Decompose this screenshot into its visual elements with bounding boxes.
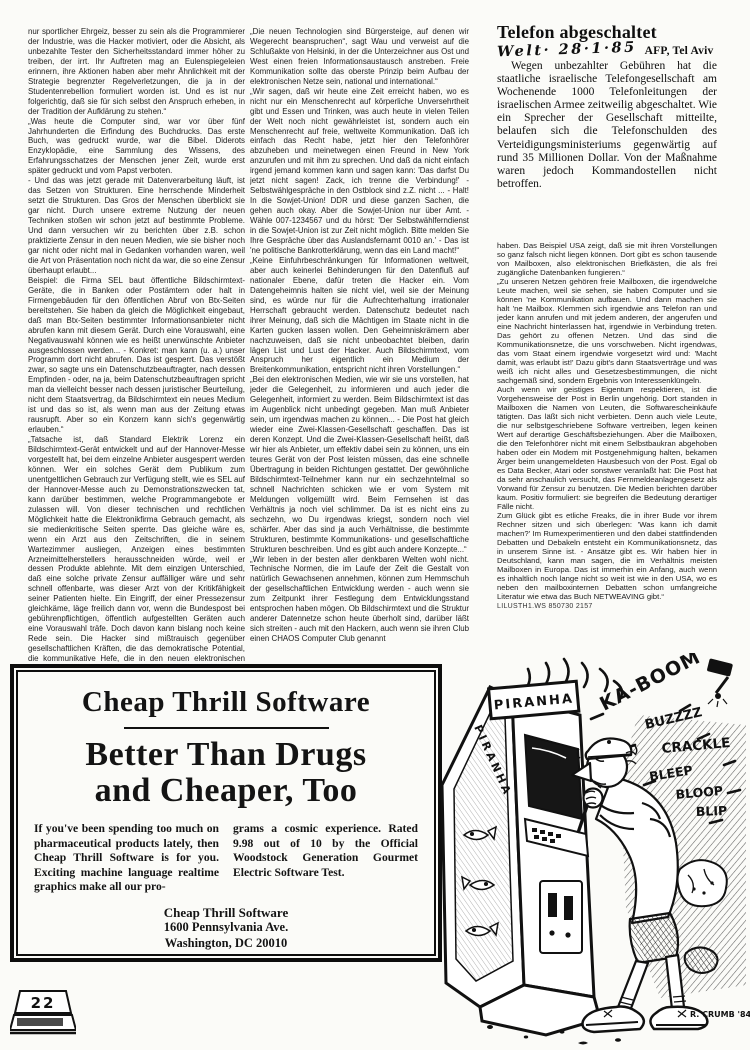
ad-address-phone: (202) 737-8855: [18, 951, 434, 956]
page-number-badge: 22: [10, 988, 76, 1046]
cabinet-marquee: PIRANHA: [489, 681, 579, 719]
article-column-2: „Die neuen Technologien sind Bürgersteig…: [250, 27, 469, 680]
ad-address: Cheap Thrill Software 1600 Pennsylvania …: [18, 905, 434, 956]
ad-headline-line1: Better Than Drugs: [85, 736, 366, 773]
paragraph: „Die neuen Technologien sind Bürgersteig…: [250, 27, 469, 87]
ad-address-city: Washington, DC 20010: [18, 936, 434, 952]
page-number: 22: [31, 994, 56, 1012]
ad-body: If you've been spending too much on phar…: [18, 822, 434, 895]
paragraph: „Was heute die Computer sind, war vor üb…: [28, 117, 245, 177]
ad-body-left: If you've been spending too much on phar…: [34, 822, 219, 895]
paragraph: „Bei den elektronischen Medien, wie wir …: [250, 375, 469, 554]
ad-body-right: grams a cosmic experience. Rated 9.98 ou…: [233, 822, 418, 895]
news-meta: Welt· 28·1·85 AFP, Tel Aviv: [497, 45, 717, 56]
arcade-cabinet: PIRANHA PIRANHA: [442, 681, 600, 1035]
ad-address-street: 1600 Pennsylvania Ave.: [18, 920, 434, 936]
paragraph: „Keine Einfuhrbeschränkungen für Informa…: [250, 256, 469, 375]
news-agency: AFP, Tel Aviv: [645, 47, 714, 56]
ad-address-name: Cheap Thrill Software: [18, 905, 434, 921]
paragraph: „Wir leben in der besten aller denkbaren…: [250, 555, 469, 645]
paragraph: „Wir sagen, daß wir heute eine Zeit erre…: [250, 87, 469, 256]
ad-brand: Cheap Thrill Software: [18, 686, 434, 719]
paragraph: Beispiel: die Firma SEL baut öffentliche…: [28, 276, 245, 435]
news-clipping: Telefon abgeschaltet Welt· 28·1·85 AFP, …: [497, 22, 717, 191]
paragraph: Zum Glück gibt es etliche Freaks, die in…: [497, 511, 717, 601]
ad-divider: [124, 727, 329, 729]
coin-door: [540, 881, 582, 953]
player-left-leg: [618, 961, 648, 1011]
magazine-page: nur sportlicher Ehrgeiz, besser zu sein …: [0, 0, 750, 1050]
ad-headline-line2: and Cheaper, Too: [95, 772, 358, 809]
news-body: Wegen unbezahlter Gebühren hat die staat…: [497, 60, 717, 191]
article-column-3-body: haben. Das Beispiel USA zeigt, daß sie m…: [497, 241, 717, 639]
cheap-thrill-ad: Cheap Thrill Software Better Than Drugs …: [10, 664, 442, 962]
article-file-ref: LILUSTH1.WS 850730 2157: [497, 602, 717, 611]
paragraph: haben. Das Beispiel USA zeigt, daß sie m…: [497, 241, 717, 277]
article-column-3: Telefon abgeschaltet Welt· 28·1·85 AFP, …: [497, 22, 717, 682]
article-column-1: nur sportlicher Ehrgeiz, besser zu sein …: [28, 27, 245, 680]
artist-signature: R. CRUMB '84: [690, 1010, 750, 1019]
arcade-cartoon: PIRANHA PIRANHA: [428, 653, 750, 1050]
paragraph: - Und das was jetzt gerade mit Datenvera…: [28, 176, 245, 276]
mallet-doodle: [707, 658, 733, 707]
paragraph: nur sportlicher Ehrgeiz, besser zu sein …: [28, 27, 245, 117]
paragraph: „Zu unseren Netzen gehören freie Mailbox…: [497, 277, 717, 385]
illegible-label: [17, 1018, 63, 1026]
sfx-blip: BLIP: [696, 803, 728, 819]
ad-headline: Better Than Drugs and Cheaper, Too: [18, 737, 434, 809]
paragraph: „Tatsache ist, daß Standard Elektrik Lor…: [28, 435, 245, 674]
handwritten-annotation: Welt· 28·1·85: [497, 43, 637, 57]
paragraph: Auch wenn wir geistiges Eigentum respekt…: [497, 385, 717, 511]
